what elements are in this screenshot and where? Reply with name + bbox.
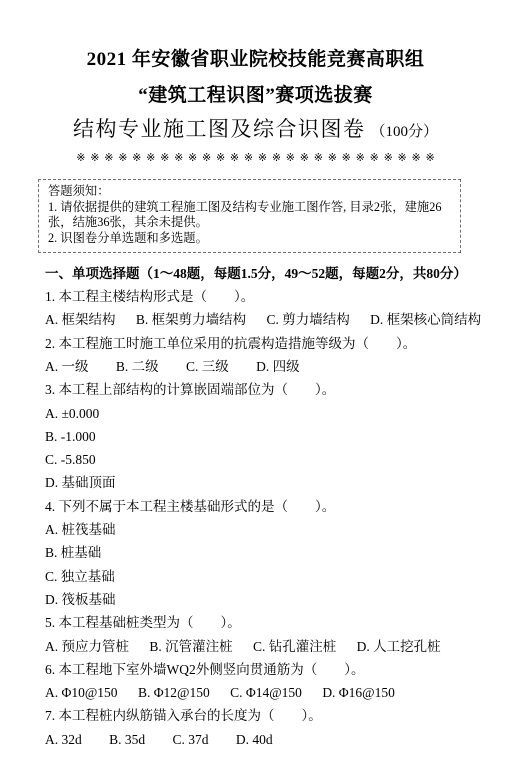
question-4-option-c: C. 独立基础 <box>45 565 481 588</box>
question-5-text: 5. 本工程基础桩类型为（ ）。 <box>45 611 481 634</box>
question-7-options: A. 32d B. 35d C. 37d D. 40d <box>45 728 481 751</box>
question-3-option-c: C. -5.850 <box>45 448 481 471</box>
notice-item-2: 2. 识图卷分单选题和多选题。 <box>48 231 451 247</box>
event-title: “建筑工程识图”赛项选拔赛 <box>0 83 511 109</box>
paper-total-score: （100分） <box>370 124 438 140</box>
question-5-option-d: D. 人工挖孔桩 <box>357 639 441 654</box>
notice-item-1: 1. 请依据提供的建筑工程施工图及结构专业施工图作答, 目录2张，建施26张，结… <box>48 200 451 231</box>
question-1-text: 1. 本工程主楼结构形式是（ ）。 <box>45 285 481 308</box>
question-7-option-a: A. 32d <box>45 732 82 747</box>
question-4-option-a: A. 桩筏基础 <box>45 518 481 541</box>
paper-title: 结构专业施工图及综合识图卷（100分） <box>0 114 511 147</box>
competition-title: 2021 年安徽省职业院校技能竞赛高职组 <box>0 0 511 73</box>
question-6-option-b: B. Φ12@150 <box>138 685 210 700</box>
question-4-option-b: B. 桩基础 <box>45 541 481 564</box>
question-2-options: A. 一级 B. 二级 C. 三级 D. 四级 <box>45 355 481 378</box>
notice-box: 答题须知： 1. 请依据提供的建筑工程施工图及结构专业施工图作答, 目录2张，建… <box>38 179 461 253</box>
notice-heading: 答题须知： <box>48 184 451 200</box>
question-1-option-d: D. 框架核心筒结构 <box>370 312 481 327</box>
paper-title-text: 结构专业施工图及综合识图卷 <box>73 117 366 141</box>
question-3-text: 3. 本工程上部结构的计算嵌固端部位为（ ）。 <box>45 378 481 401</box>
question-5-option-b: B. 沉管灌注桩 <box>149 639 232 654</box>
question-7-text: 7. 本工程桩内纵筋锚入承台的长度为（ ）。 <box>45 704 481 727</box>
question-5-option-a: A. 预应力管桩 <box>45 639 129 654</box>
question-6-option-a: A. Φ10@150 <box>45 685 118 700</box>
question-5-option-c: C. 钻孔灌注桩 <box>253 639 336 654</box>
question-4-text: 4. 下列不属于本工程主楼基础形式的是（ ）。 <box>45 495 481 518</box>
question-1-options: A. 框架结构 B. 框架剪力墙结构 C. 剪力墙结构 D. 框架核心筒结构 <box>45 308 481 331</box>
question-6-text: 6. 本工程地下室外墙WQ2外侧竖向贯通筋为（ ）。 <box>45 658 481 681</box>
exam-paper-page: 2021 年安徽省职业院校技能竞赛高职组 “建筑工程识图”赛项选拔赛 结构专业施… <box>0 0 511 767</box>
questions-section: 一、单项选择题（1～48题，每题1.5分，49～52题，每题2分，共80分） 1… <box>45 262 481 751</box>
question-2-text: 2. 本工程施工时施工单位采用的抗震构造措施等级为（ ）。 <box>45 332 481 355</box>
question-1-option-a: A. 框架结构 <box>45 312 116 327</box>
question-3-option-b: B. -1.000 <box>45 425 481 448</box>
question-1-option-c: C. 剪力墙结构 <box>267 312 350 327</box>
section-heading: 一、单项选择题（1～48题，每题1.5分，49～52题，每题2分，共80分） <box>45 262 481 285</box>
question-6-options: A. Φ10@150 B. Φ12@150 C. Φ14@150 D. Φ16@… <box>45 681 481 704</box>
question-7-option-b: B. 35d <box>109 732 145 747</box>
question-2-option-d: D. 四级 <box>256 359 300 374</box>
question-2-option-c: C. 三级 <box>186 359 229 374</box>
question-3-option-a: A. ±0.000 <box>45 402 481 425</box>
question-2-option-b: B. 二级 <box>116 359 159 374</box>
question-4-option-d: D. 筏板基础 <box>45 588 481 611</box>
question-1-option-b: B. 框架剪力墙结构 <box>136 312 246 327</box>
question-3-option-d: D. 基础顶面 <box>45 471 481 494</box>
question-5-options: A. 预应力管桩 B. 沉管灌注桩 C. 钻孔灌注桩 D. 人工挖孔桩 <box>45 635 481 658</box>
divider-stars: ※ ※ ※ ※ ※ ※ ※ ※ ※ ※ ※ ※ ※ ※ ※ ※ ※ ※ ※ ※ … <box>0 150 511 166</box>
question-7-option-d: D. 40d <box>236 732 273 747</box>
question-7-option-c: C. 37d <box>173 732 209 747</box>
question-6-option-d: D. Φ16@150 <box>322 685 395 700</box>
question-6-option-c: C. Φ14@150 <box>230 685 302 700</box>
question-2-option-a: A. 一级 <box>45 359 89 374</box>
